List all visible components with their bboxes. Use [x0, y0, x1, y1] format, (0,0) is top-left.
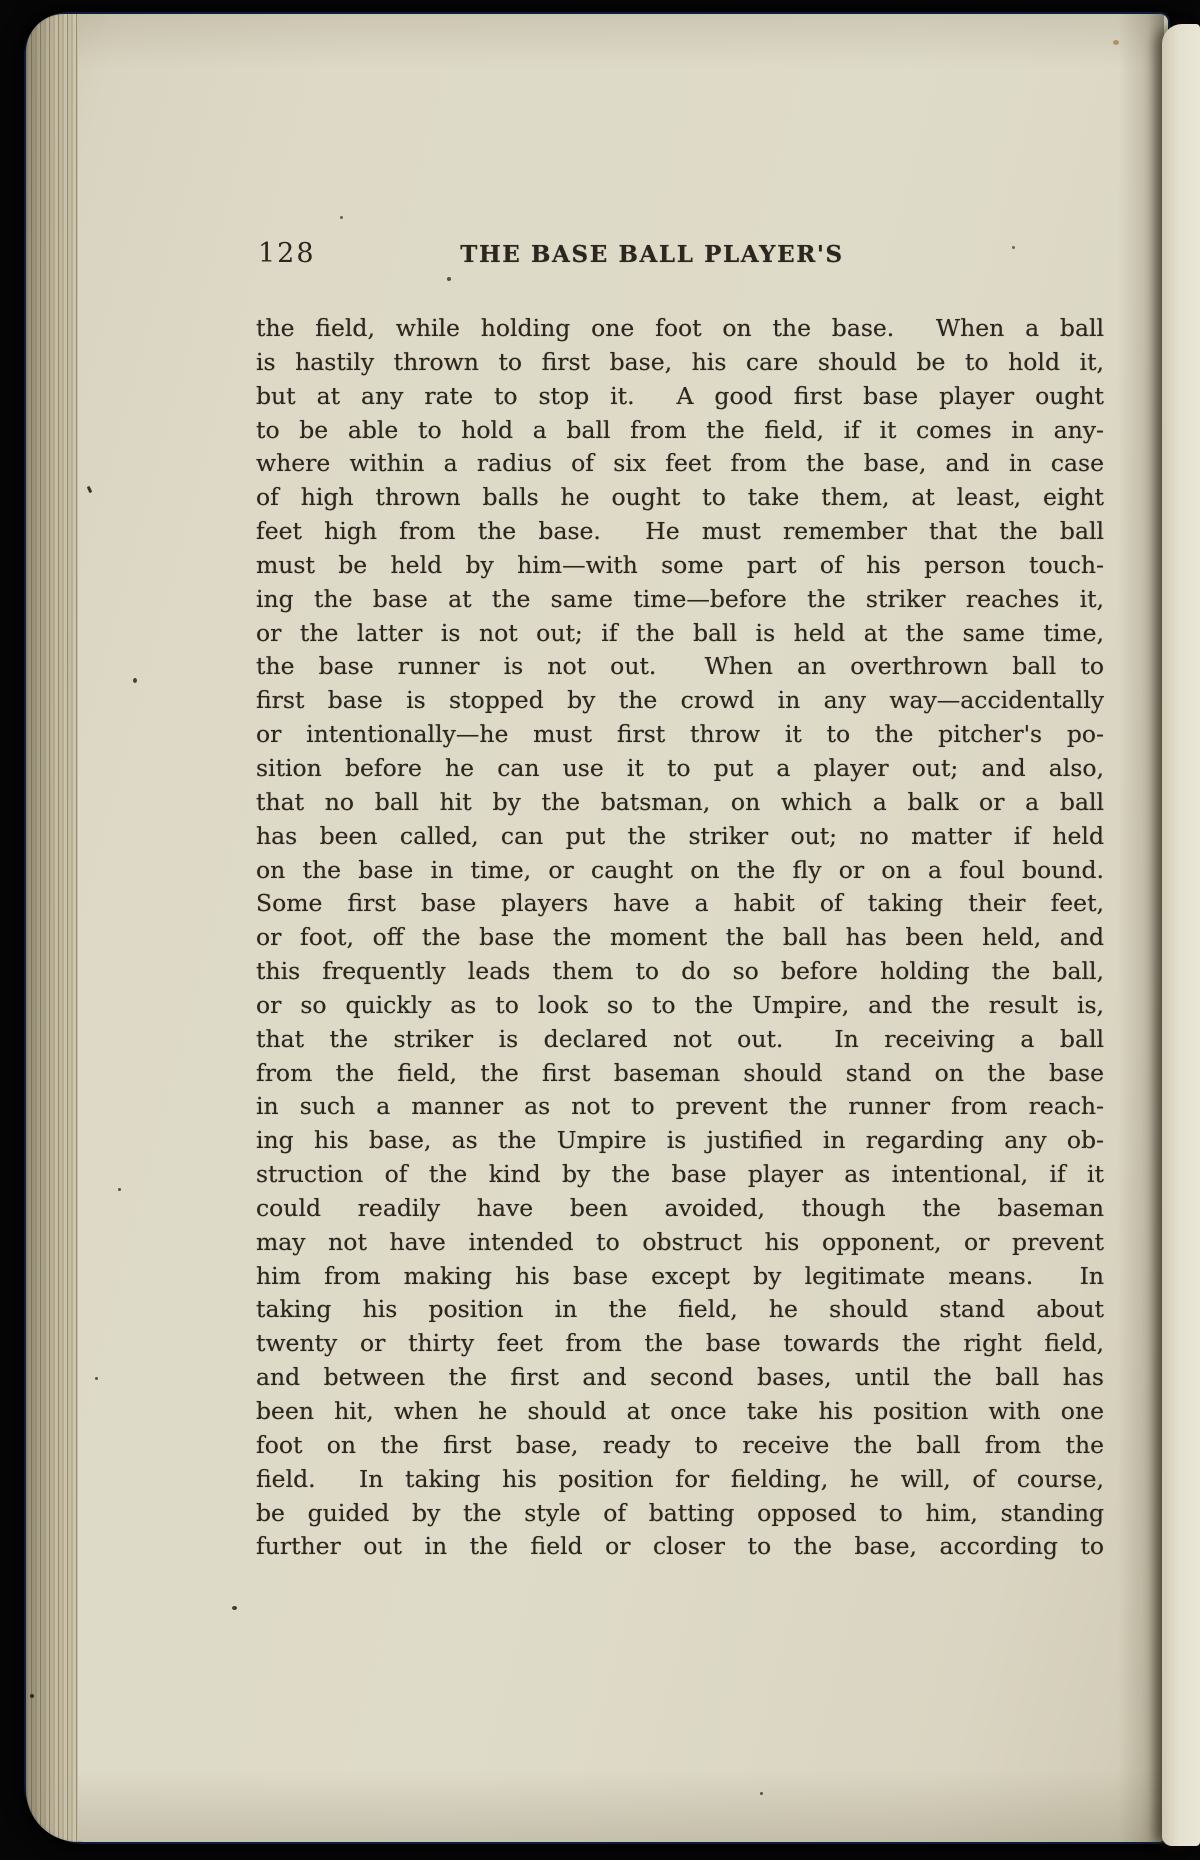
- page-edge-stack: [26, 14, 78, 1842]
- paper-speck: [760, 1792, 763, 1795]
- text-line: the base runner is not out. When an over…: [256, 650, 1104, 684]
- text-line: taking his position in the field, he sho…: [256, 1293, 1104, 1327]
- text-line: foot on the first base, ready to receive…: [256, 1429, 1104, 1463]
- text-line: sition before he can use it to put a pla…: [256, 752, 1104, 786]
- text-line: further out in the field or closer to th…: [256, 1530, 1104, 1564]
- text-line: been hit, when he should at once take hi…: [256, 1395, 1104, 1429]
- text-line: feet high from the base. He must remembe…: [256, 515, 1104, 549]
- text-line: or foot, off the base the moment the bal…: [256, 921, 1104, 955]
- paper-speck: [447, 277, 451, 281]
- text-line: that no ball hit by the batsman, on whic…: [256, 786, 1104, 820]
- text-line: or so quickly as to look so to the Umpir…: [256, 989, 1104, 1023]
- paper-speck: [95, 1377, 98, 1380]
- paper-speck: [1113, 40, 1119, 45]
- text-line: could readily have been avoided, though …: [256, 1192, 1104, 1226]
- adjacent-page-edge: [1162, 24, 1200, 1846]
- text-line: is hastily thrown to first base, his car…: [256, 346, 1104, 380]
- text-line: on the base in time, or caught on the fl…: [256, 854, 1104, 888]
- text-line: him from making his base except by legit…: [256, 1260, 1104, 1294]
- paper-speck: [30, 1694, 34, 1698]
- text-line: may not have intended to obstruct his op…: [256, 1226, 1104, 1260]
- page-number: 128: [258, 238, 316, 269]
- text-line: this frequently leads them to do so befo…: [256, 955, 1104, 989]
- text-line: must be held by him—with some part of hi…: [256, 549, 1104, 583]
- text-line: or intentionally—he must first throw it …: [256, 718, 1104, 752]
- body-text: the field, while holding one foot on the…: [256, 312, 1104, 1564]
- paper-speck: [118, 1188, 121, 1191]
- running-title: THE BASE BALL PLAYER'S: [460, 241, 844, 268]
- paper-speck: [133, 678, 137, 683]
- text-line: struction of the kind by the base player…: [256, 1158, 1104, 1192]
- text-line: from the field, the first baseman should…: [256, 1057, 1104, 1091]
- page-header: 128 THE BASE BALL PLAYER'S: [256, 236, 1104, 276]
- text-line: where within a radius of six feet from t…: [256, 447, 1104, 481]
- text-line: that the striker is declared not out. In…: [256, 1023, 1104, 1057]
- text-line: in such a manner as not to prevent the r…: [256, 1090, 1104, 1124]
- text-line: to be able to hold a ball from the field…: [256, 414, 1104, 448]
- text-line: or the latter is not out; if the ball is…: [256, 617, 1104, 651]
- text-line: ing his base, as the Umpire is justified…: [256, 1124, 1104, 1158]
- text-line: twenty or thirty feet from the base towa…: [256, 1327, 1104, 1361]
- text-line: the field, while holding one foot on the…: [256, 312, 1104, 346]
- text-line: and between the first and second bases, …: [256, 1361, 1104, 1395]
- text-line: ing the base at the same time—before the…: [256, 583, 1104, 617]
- text-line: field. In taking his position for fieldi…: [256, 1463, 1104, 1497]
- text-line: but at any rate to stop it. A good first…: [256, 380, 1104, 414]
- text-line: first base is stopped by the crowd in an…: [256, 684, 1104, 718]
- paper-speck: [340, 216, 343, 219]
- text-line: of high thrown balls he ought to take th…: [256, 481, 1104, 515]
- text-line: be guided by the style of batting oppose…: [256, 1497, 1104, 1531]
- text-line: has been called, can put the striker out…: [256, 820, 1104, 854]
- paper-speck: [1012, 246, 1015, 249]
- text-line: Some first base players have a habit of …: [256, 887, 1104, 921]
- paper-speck: [232, 1606, 237, 1610]
